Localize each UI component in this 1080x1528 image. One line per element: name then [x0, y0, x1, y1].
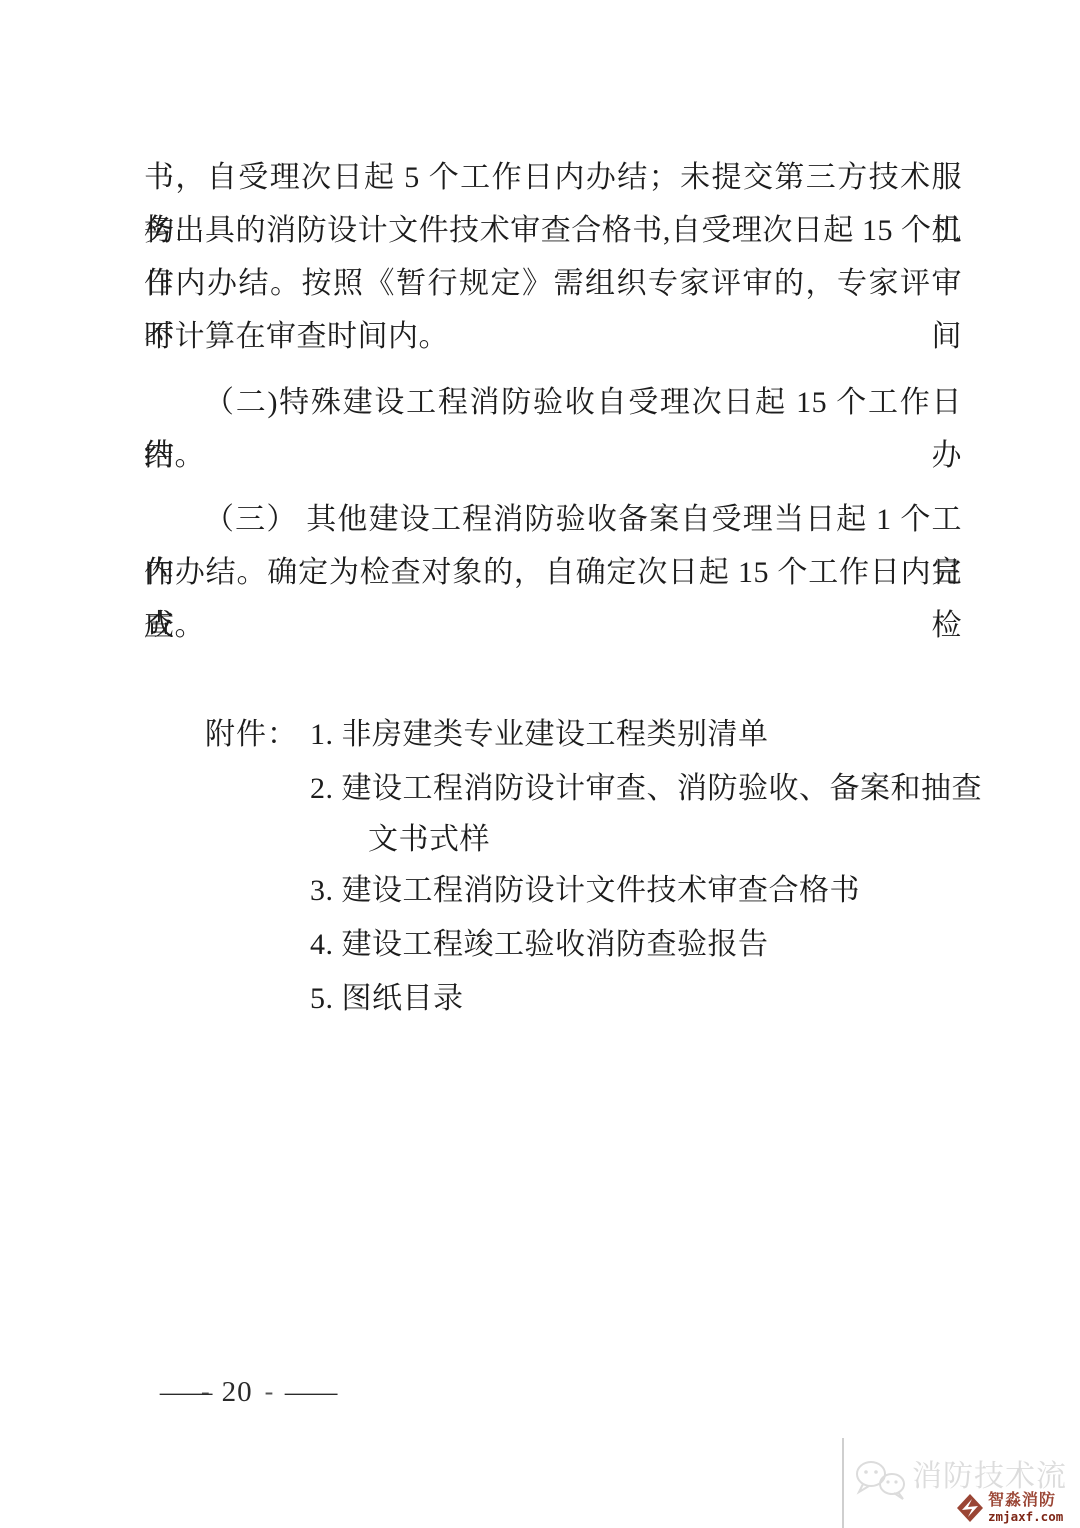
paragraph-3: （三） 其他建设工程消防验收备案自受理当日起 1 个工作日 内办结。确定为检查对…: [144, 493, 962, 652]
brand-diamond-logo-icon: [956, 1493, 984, 1528]
attachment-item: 1. 非房建类专业建设工程类别清单: [310, 708, 1004, 762]
attachment-item: 2. 建设工程消防设计审查、消防验收、备案和抽查: [310, 762, 1004, 816]
attachments-list: 1. 非房建类专业建设工程类别清单 2. 建设工程消防设计审查、消防验收、备案和…: [310, 708, 1004, 1026]
page-number: 20: [222, 1376, 253, 1409]
watermark-divider: [842, 1438, 844, 1528]
attachment-item-wrap-line: 文书式样: [310, 816, 1004, 864]
text-line: 内办结。确定为检查对象的，自确定次日起 15 个工作日内完成检: [144, 546, 962, 599]
paragraph-1: 书，自受理次日起 5 个工作日内办结；未提交第三方技术服务机 构出具的消防设计文…: [144, 151, 962, 363]
page-footer: — - 20 - —: [160, 1374, 314, 1410]
attachment-item: 4. 建设工程竣工验收消防查验报告: [310, 918, 1004, 972]
document-page: 书，自受理次日起 5 个工作日内办结；未提交第三方技术服务机 构出具的消防设计文…: [0, 0, 1080, 1528]
footer-dash: -: [265, 1377, 274, 1407]
footer-dash: —: [285, 1376, 337, 1409]
attachments-label: 附件：: [205, 708, 298, 762]
wechat-bubbles-icon: [854, 1460, 908, 1505]
footer-dash: —: [160, 1376, 212, 1409]
paragraph-2: （二)特殊建设工程消防验收自受理次日起 15 个工作日内办 结。: [144, 376, 962, 482]
channel-watermark-text: 消防技术流: [912, 1460, 1067, 1494]
attachment-item: 5. 图纸目录: [310, 972, 1004, 1026]
attachment-item: 3. 建设工程消防设计文件技术审查合格书: [310, 864, 1004, 918]
brand-url-text: zmjaxf.com: [988, 1509, 1063, 1524]
text-line: 构出具的消防设计文件技术审查合格书,自受理次日起 15 个工作: [144, 204, 962, 257]
attachments-section: 附件： 1. 非房建类专业建设工程类别清单 2. 建设工程消防设计审查、消防验收…: [144, 708, 1004, 1026]
brand-name-text: 智淼消防: [988, 1492, 1056, 1510]
text-line: （二)特殊建设工程消防验收自受理次日起 15 个工作日内办: [144, 376, 962, 429]
text-line: 日内办结。按照《暂行规定》需组织专家评审的，专家评审时间: [144, 257, 962, 310]
text-line: 书，自受理次日起 5 个工作日内办结；未提交第三方技术服务机: [144, 151, 962, 204]
text-line: （三） 其他建设工程消防验收备案自受理当日起 1 个工作日: [144, 493, 962, 546]
